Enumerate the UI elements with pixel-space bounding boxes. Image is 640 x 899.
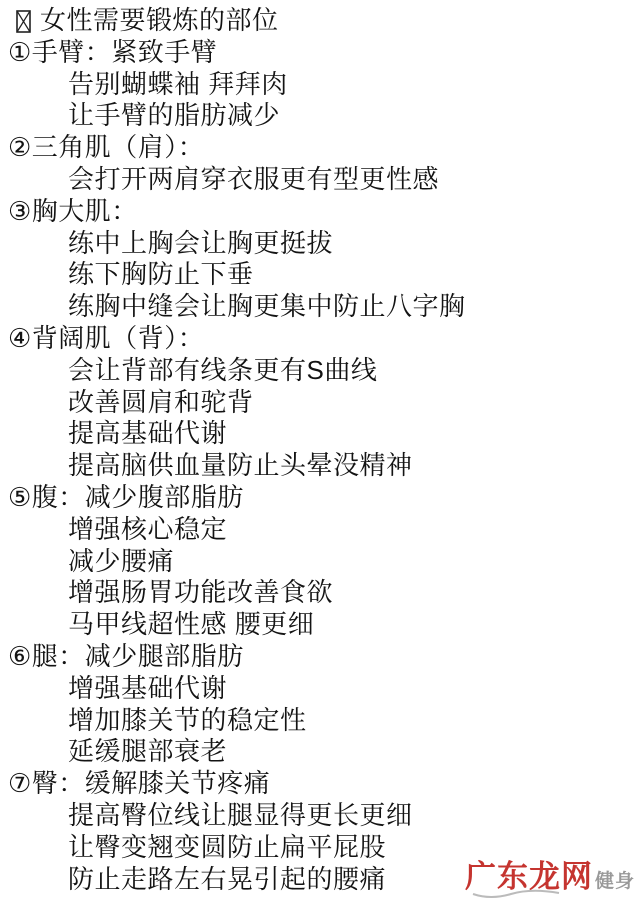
missing-glyph-icon <box>16 10 31 33</box>
section-detail: 减少腰痛 <box>0 546 640 578</box>
section-detail: 练下胸防止下垂 <box>0 259 640 291</box>
section-detail: 增加膝关节的稳定性 <box>0 705 640 737</box>
section-detail: 提高臀位线让腿显得更长更细 <box>0 800 640 832</box>
section-heading-legs: ⑥腿：减少腿部脂肪 <box>0 641 640 673</box>
section-detail: 提高脑供血量防止头晕没精神 <box>0 450 640 482</box>
section-detail: 提高基础代谢 <box>0 418 640 450</box>
watermark: 广东龙网 健身 <box>465 861 635 892</box>
section-heading-arm: ①手臂：紧致手臂 <box>0 37 640 69</box>
section-detail: 增强基础代谢 <box>0 673 640 705</box>
section-detail: 延缓腿部衰老 <box>0 736 640 768</box>
section-detail: 马甲线超性感 腰更细 <box>0 609 640 641</box>
article-body: 女性需要锻炼的部位 ①手臂：紧致手臂 告别蝴蝶袖 拜拜肉 让手臂的脂肪减少 ②三… <box>0 5 640 895</box>
page-title: 女性需要锻炼的部位 <box>0 5 640 37</box>
watermark-underline-swirl <box>471 888 561 898</box>
section-detail: 让手臂的脂肪减少 <box>0 100 640 132</box>
section-detail: 练中上胸会让胸更挺拔 <box>0 228 640 260</box>
section-detail: 增强核心稳定 <box>0 514 640 546</box>
section-detail: 会打开两肩穿衣服更有型更性感 <box>0 164 640 196</box>
section-detail: 练胸中缝会让胸更集中防止八字胸 <box>0 291 640 323</box>
section-detail: 会让背部有线条更有S曲线 <box>0 355 640 387</box>
section-heading-back: ④背阔肌（背）： <box>0 323 640 355</box>
title-text: 女性需要锻炼的部位 <box>40 5 279 37</box>
section-detail: 改善圆肩和驼背 <box>0 387 640 419</box>
section-heading-glutes: ⑦臀：缓解膝关节疼痛 <box>0 768 640 800</box>
section-heading-abdomen: ⑤腹：减少腹部脂肪 <box>0 482 640 514</box>
section-heading-deltoid: ②三角肌（肩）： <box>0 132 640 164</box>
section-heading-chest: ③胸大肌： <box>0 196 640 228</box>
section-detail: 增强肠胃功能改善食欲 <box>0 577 640 609</box>
watermark-suffix-text: 健身 <box>595 872 635 891</box>
section-detail: 告别蝴蝶袖 拜拜肉 <box>0 69 640 101</box>
